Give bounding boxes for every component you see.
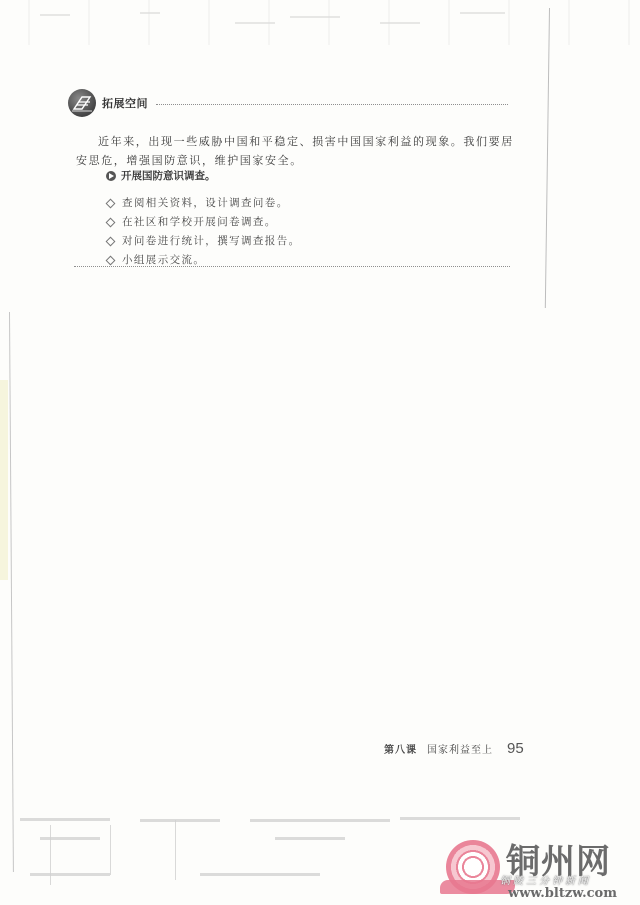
intro-paragraph: 近年来，出现一些威胁中国和平稳定、损害中国国家利益的现象。我们要居安思危，增强国… [76, 132, 516, 170]
watermark-slogan: 铜陵三分钟新闻 [500, 872, 591, 887]
dotted-divider [74, 266, 510, 267]
page-edge-line [9, 312, 14, 872]
step-text: 对问卷进行统计，撰写调查报告。 [122, 232, 301, 251]
expansion-space-icon [68, 89, 96, 117]
list-item: 在社区和学校开展问卷调查。 [106, 213, 301, 232]
step-text: 在社区和学校开展问卷调查。 [122, 213, 277, 232]
diamond-bullet-icon [106, 256, 116, 266]
lesson-title: 国家利益至上 [427, 741, 493, 756]
scan-tint [0, 380, 8, 580]
list-item: 小组展示交流。 [106, 251, 301, 270]
section-header: 拓展空间 [68, 89, 508, 117]
diamond-bullet-icon [106, 237, 116, 247]
list-item: 对问卷进行统计，撰写调查报告。 [106, 232, 301, 251]
step-text: 查阅相关资料，设计调查问卷。 [122, 194, 289, 213]
list-item: 查阅相关资料，设计调查问卷。 [106, 194, 301, 213]
activity-label: 开展国防意识调查。 [121, 168, 216, 183]
diamond-bullet-icon [106, 199, 116, 209]
activity-steps: 查阅相关资料，设计调查问卷。 在社区和学校开展问卷调查。 对问卷进行统计，撰写调… [106, 194, 301, 270]
section-title: 拓展空间 [102, 95, 148, 111]
page-footer: 第八课 国家利益至上 95 [384, 740, 524, 757]
lesson-number: 第八课 [384, 741, 417, 756]
activity-heading: 开展国防意识调查。 [106, 168, 216, 183]
page-number: 95 [507, 740, 524, 757]
scan-artifact-top [0, 0, 640, 45]
page-edge-line [545, 8, 550, 308]
watermark-url: www.bltzw.com [508, 886, 617, 901]
site-watermark: 铜州网 铜陵三分钟新闻 www.bltzw.com [440, 838, 635, 903]
step-text: 小组展示交流。 [122, 251, 205, 270]
dotted-divider [156, 104, 508, 105]
diamond-bullet-icon [106, 218, 116, 228]
play-circle-icon [106, 171, 116, 181]
